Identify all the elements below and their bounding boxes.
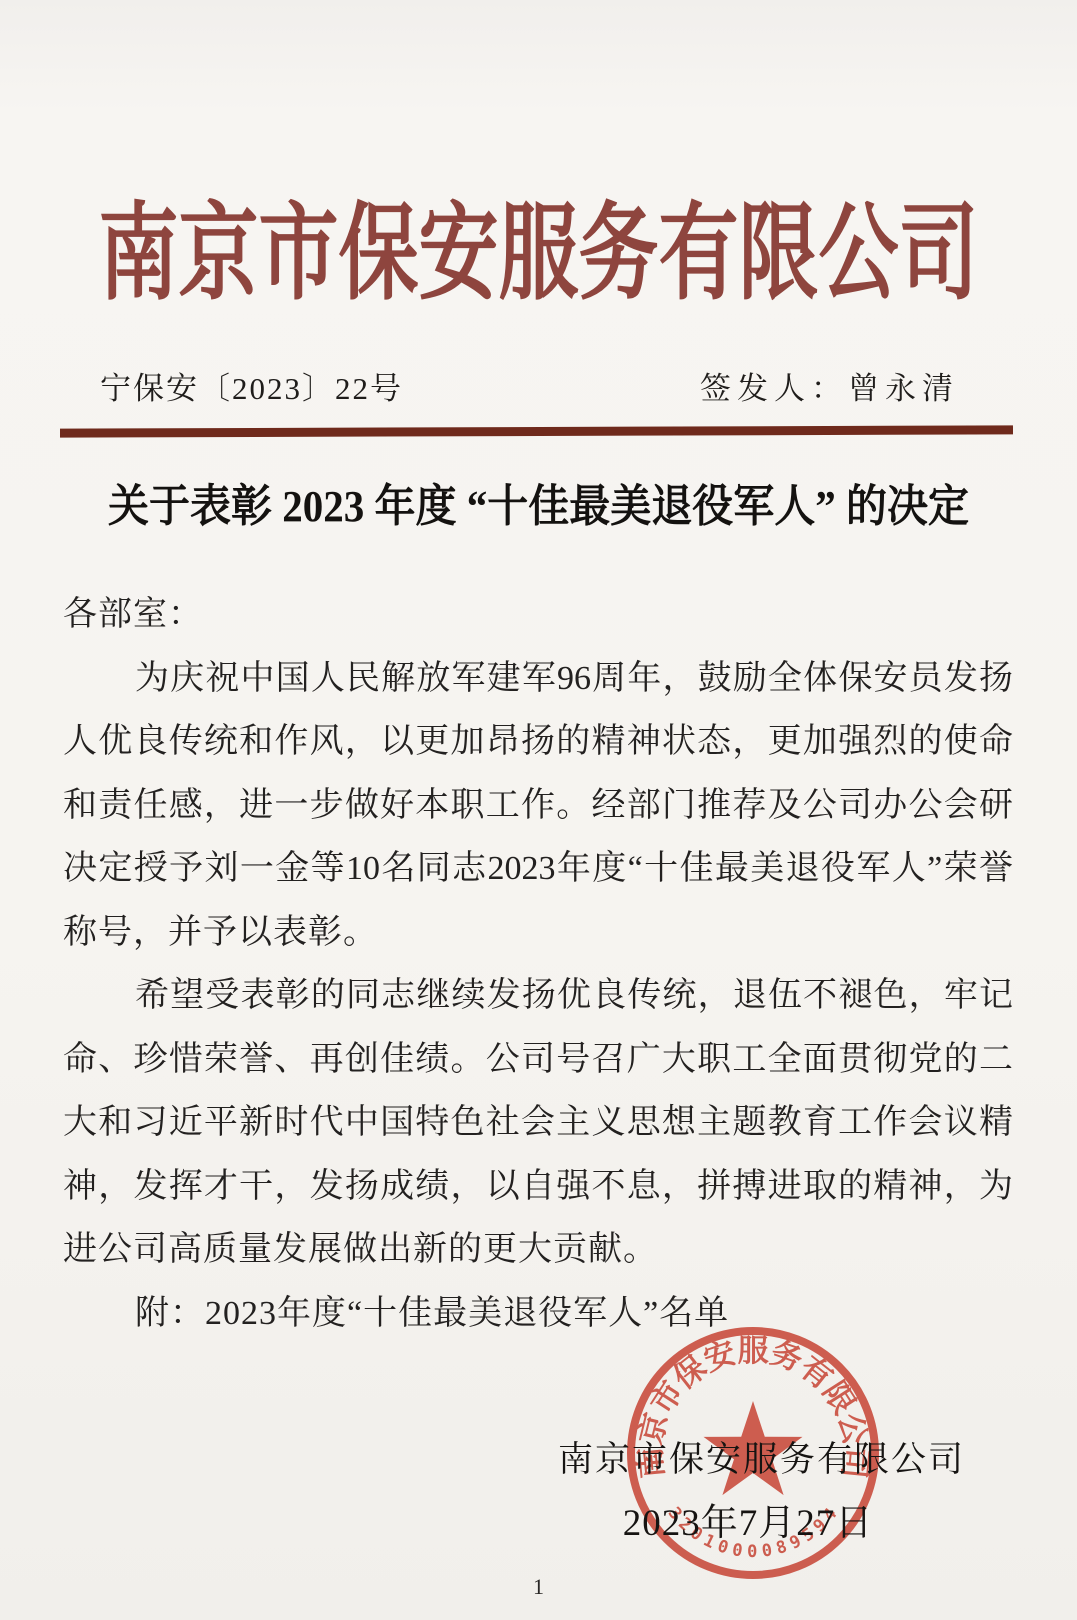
body-line: 希望受表彰的同志继续发扬优良传统，退伍不褪色，牢记使	[63, 964, 1013, 1028]
issuer-name: 签发人：曾永清	[700, 363, 959, 408]
document-number: 宁保安〔2023〕22号	[100, 363, 403, 408]
body-line: 大和习近平新时代中国特色社会主义思想主题教育工作会议精	[63, 1091, 1013, 1155]
body-line: 进公司高质量发展做出新的更大贡献。	[63, 1218, 1013, 1282]
body-line: 各部室：	[63, 583, 1013, 647]
body-line: 决定授予刘一金等10名同志2023年度“十佳最美退役军人”荣誉	[63, 837, 1013, 901]
body-line: 神，发挥才干，发扬成绩，以自强不息，拼搏进取的精神，为推	[63, 1155, 1013, 1219]
letterhead-company-title: 南京市保安服务有限公司	[0, 168, 1077, 320]
scanned-official-document: 南京市保安服务有限公司 宁保安〔2023〕22号 签发人：曾永清 关于表彰 20…	[0, 0, 1077, 1620]
document-body: 各部室： 为庆祝中国人民解放军建军96周年，鼓励全体保安员发扬军 人优良传统和作…	[63, 583, 1013, 1345]
body-line: 命、珍惜荣誉、再创佳绩。公司号召广大职工全面贯彻党的二十	[63, 1028, 1013, 1092]
body-line: 和责任感，进一步做好本职工作。经部门推荐及公司办公会研究，	[63, 774, 1013, 838]
body-line: 称号，并予以表彰。	[63, 901, 1013, 965]
body-line: 人优良传统和作风，以更加昂扬的精神状态，更加强烈的使命感	[63, 710, 1013, 774]
body-line: 为庆祝中国人民解放军建军96周年，鼓励全体保安员发扬军	[63, 647, 1013, 711]
document-meta-row: 宁保安〔2023〕22号 签发人：曾永清	[100, 363, 959, 408]
signature-date: 2023年7月27日	[558, 1492, 938, 1546]
document-title: 关于表彰 2023 年度 “十佳最美退役军人” 的决定	[0, 470, 1077, 534]
signature-company-name: 南京市保安服务有限公司	[558, 1432, 938, 1482]
page-number: 1	[0, 1574, 1077, 1600]
red-divider-rule	[60, 425, 1013, 437]
